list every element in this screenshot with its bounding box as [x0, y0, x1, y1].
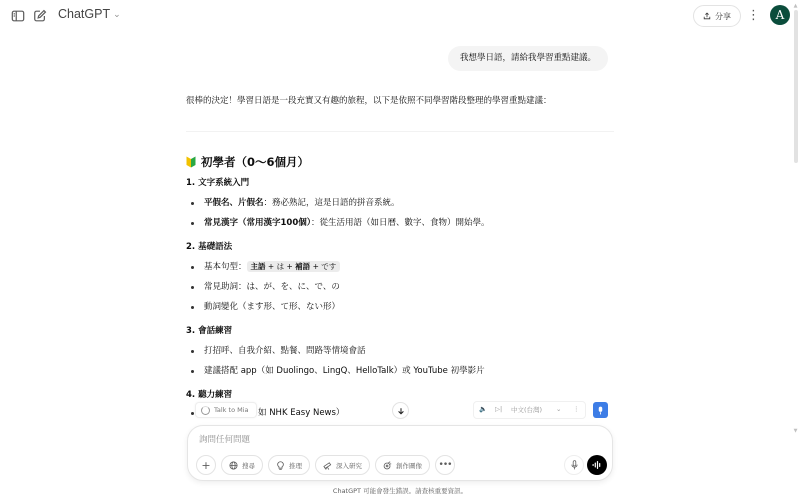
- avatar[interactable]: A: [770, 5, 790, 25]
- model-selector[interactable]: ChatGPT ⌄: [58, 7, 121, 21]
- tool-label: 深入研究: [336, 461, 362, 470]
- disclaimer: ChatGPT 可能會發生錯誤。請查核重要資訊。: [0, 486, 800, 495]
- subsection-title: 3. 會話練習: [186, 324, 614, 338]
- beginner-mark-icon: [186, 156, 196, 168]
- code-token: です: [321, 262, 336, 271]
- chevron-down-icon: ⌄: [113, 9, 121, 20]
- list-item: 建議搭配 app（如 Duolingo、LingQ、HelloTalk）或 Yo…: [186, 361, 614, 381]
- code-token: +: [286, 262, 292, 271]
- tts-language[interactable]: 中文(台灣): [511, 405, 542, 414]
- list-item-text: 基本句型：: [204, 262, 247, 272]
- list-item-text: ：從生活用語（如日曆、數字、食物）開始學。: [311, 218, 490, 228]
- more-options-icon[interactable]: ⋮: [573, 405, 580, 413]
- list-item-text: ：務必熟記，這是日語的拼音系統。: [264, 198, 400, 208]
- subsection-title: 2. 基礎語法: [186, 240, 614, 254]
- telescope-icon: [323, 461, 332, 470]
- bullet-list: 打招呼、自我介紹、點餐、問路等情境會話 建議搭配 app（如 Duolingo、…: [186, 341, 614, 381]
- tool-label: 創作圖像: [396, 461, 422, 470]
- scroll-down-arrow-icon[interactable]: ▼: [793, 428, 798, 434]
- new-chat-icon[interactable]: [33, 9, 47, 23]
- model-name: ChatGPT: [58, 7, 110, 21]
- waveform-icon: [592, 461, 602, 469]
- skip-icon[interactable]: ▷|: [495, 405, 502, 413]
- assistant-intro: 很棒的決定！學習日語是一段充實又有趣的旅程，以下是依照不同學習階段整理的學習重點…: [186, 93, 614, 109]
- attach-button[interactable]: +: [196, 455, 216, 475]
- talk-to-mia-button[interactable]: Talk to Mia: [195, 402, 257, 418]
- user-message-bubble: 我想學日語，請給我學習重點建議。: [448, 46, 608, 71]
- more-options-icon[interactable]: ⋮: [747, 8, 759, 24]
- plus-icon: +: [201, 459, 210, 472]
- prompt-input[interactable]: [199, 433, 559, 447]
- ellipsis-icon: •••: [439, 460, 452, 470]
- talk-to-label: Talk to Mia: [214, 406, 249, 414]
- chatgpt-app: ChatGPT ⌄ 分享 ⋮ A ▲ ▼ 我想學日語，請給我學習重點建議。 很棒…: [0, 0, 800, 500]
- search-tool-button[interactable]: 搜尋: [221, 455, 263, 475]
- list-item: 常見漢字（常用漢字100個）：從生活用語（如日曆、數字、食物）開始學。: [186, 213, 614, 233]
- subsection-title: 1. 文字系統入門: [186, 176, 614, 190]
- microphone-icon: [597, 406, 604, 415]
- section-heading: 初學者（0～6個月）: [186, 154, 614, 170]
- list-item-bold: 常見漢字（常用漢字100個）: [204, 218, 311, 228]
- scrollbar[interactable]: ▲ ▼: [791, 0, 800, 500]
- tool-label: 推理: [289, 461, 302, 470]
- scroll-up-arrow-icon[interactable]: ▲: [793, 3, 798, 9]
- section-title: 初學者（0～6個月）: [201, 154, 309, 170]
- list-item: 平假名、片假名：務必熟記，這是日語的拼音系統。: [186, 193, 614, 213]
- speaker-icon[interactable]: 🔈: [479, 405, 487, 413]
- share-button[interactable]: 分享: [693, 5, 741, 27]
- divider: [186, 131, 614, 132]
- tool-label: 搜尋: [242, 461, 255, 470]
- code-token: +: [268, 262, 274, 271]
- reason-tool-button[interactable]: 推理: [268, 455, 310, 475]
- sidebar-toggle-icon[interactable]: [11, 9, 25, 23]
- dictate-button[interactable]: [564, 455, 584, 475]
- composer-tools: + 搜尋 推理 深入研究 創作圖像 •••: [196, 455, 455, 475]
- voice-input-mic-button[interactable]: [593, 402, 608, 418]
- image-create-icon: [383, 461, 392, 470]
- text-to-speech-toolbar: 🔈 ▷| 中文(台灣) ⌄ ⋮: [473, 401, 586, 419]
- share-label: 分享: [715, 11, 731, 22]
- message-composer: + 搜尋 推理 深入研究 創作圖像 •••: [187, 425, 613, 481]
- subsection-title: 4. 聽力練習: [186, 388, 614, 402]
- deep-research-tool-button[interactable]: 深入研究: [315, 455, 370, 475]
- globe-icon: [229, 461, 238, 470]
- code-token: は: [277, 262, 285, 271]
- arrow-down-icon: [397, 407, 405, 415]
- share-icon: [703, 12, 711, 20]
- list-item: 常見助詞：は、が、を、に、で、の: [186, 277, 614, 297]
- voice-mode-button[interactable]: [587, 455, 607, 475]
- bullet-list: 基本句型：主語 + は + 補語 + です 常見助詞：は、が、を、に、で、の 動…: [186, 257, 614, 317]
- chevron-down-icon[interactable]: ⌄: [556, 405, 561, 413]
- microphone-icon: [571, 460, 578, 470]
- list-item: 基本句型：主語 + は + 補語 + です: [186, 257, 614, 277]
- list-item-bold: 平假名、片假名: [204, 198, 264, 208]
- code-token: 補語: [295, 262, 310, 271]
- code-token: +: [313, 262, 319, 271]
- loading-ring-icon: [201, 406, 210, 415]
- lightbulb-icon: [276, 461, 285, 470]
- code-token: 主語: [251, 262, 266, 271]
- scrollbar-thumb[interactable]: [794, 10, 798, 163]
- create-image-tool-button[interactable]: 創作圖像: [375, 455, 430, 475]
- list-item: 動詞變化（ます形、て形、ない形）: [186, 297, 614, 317]
- assistant-message: 很棒的決定！學習日語是一段充實又有趣的旅程，以下是依照不同學習階段整理的學習重點…: [186, 93, 614, 423]
- more-tools-button[interactable]: •••: [435, 455, 455, 475]
- top-header: ChatGPT ⌄ 分享 ⋮ A: [0, 0, 790, 32]
- bullet-list: 平假名、片假名：務必熟記，這是日語的拼音系統。 常見漢字（常用漢字100個）：從…: [186, 193, 614, 233]
- inline-code: 主語 + は + 補語 + です: [247, 261, 341, 272]
- scroll-to-bottom-button[interactable]: [392, 402, 409, 419]
- list-item: 打招呼、自我介紹、點餐、問路等情境會話: [186, 341, 614, 361]
